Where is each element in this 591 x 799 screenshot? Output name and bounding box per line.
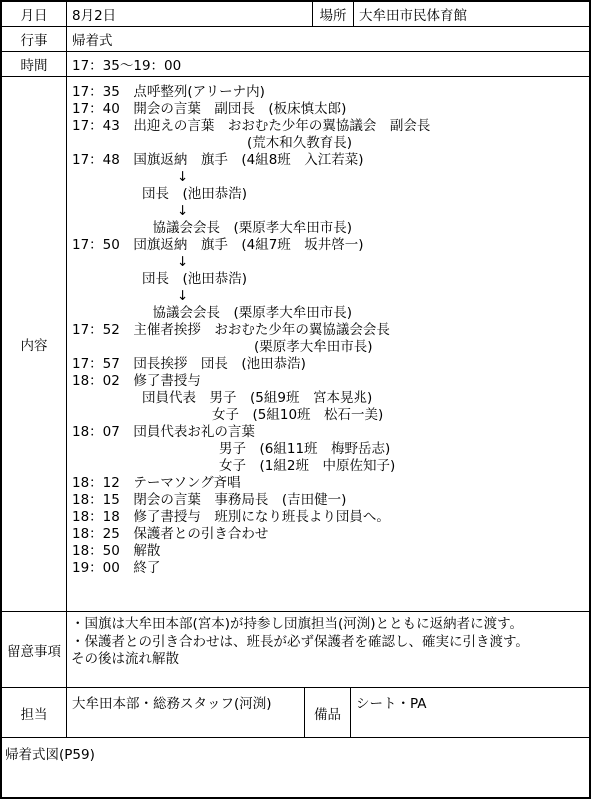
date-value: 8月2日 — [67, 2, 312, 26]
content-label: 内容 — [2, 77, 67, 611]
schedule-line: 17：43 出迎えの言葉 おおむた少年の翼協議会 副会長 — [72, 118, 587, 135]
schedule-line: (荒木和久教育長) — [72, 135, 587, 152]
row-date: 月日 8月2日 場所 大牟田市民体育館 — [2, 2, 589, 27]
schedule-line: ↓ — [72, 203, 587, 220]
equipment-label: 備品 — [304, 688, 351, 737]
schedule-line: ↓ — [72, 169, 587, 186]
row-notes: 留意事項 ・国旗は大牟田本部(宮本)が持参し団旗担当(河渕)とともに返納者に渡す… — [2, 612, 589, 688]
schedule-line: 女子 (1組2班 中原佐知子) — [72, 458, 587, 475]
row-time: 時間 17：35～19：00 — [2, 52, 589, 77]
schedule-document: 月日 8月2日 場所 大牟田市民体育館 行事 帰着式 時間 17：35～19：0… — [0, 0, 591, 799]
notes-body: ・国旗は大牟田本部(宮本)が持参し団旗担当(河渕)とともに返納者に渡す。 ・保護… — [67, 612, 589, 687]
schedule-line: 18：18 修了書授与 班別になり班長より団員へ。 — [72, 509, 587, 526]
schedule-line: 男子 (6組11班 梅野岳志) — [72, 441, 587, 458]
schedule-line: 協議会会長 (栗原孝大牟田市長) — [72, 305, 587, 322]
notes-label: 留意事項 — [2, 612, 67, 687]
schedule-line: 団長 (池田恭浩) — [72, 271, 587, 288]
equipment-value: シート・PA — [351, 688, 589, 737]
schedule-line: 17：57 団長挨拶 団長 (池田恭浩) — [72, 356, 587, 373]
place-label: 場所 — [312, 2, 354, 26]
staff-label: 担当 — [2, 688, 67, 737]
date-label: 月日 — [2, 2, 67, 26]
footer-text: 帰着式図(P59) — [2, 738, 589, 797]
schedule-line: 協議会会長 (栗原孝大牟田市長) — [72, 220, 587, 237]
event-label: 行事 — [2, 27, 67, 51]
schedule-line: 18：25 保護者との引き合わせ — [72, 526, 587, 543]
schedule-line: 団員代表 男子 (5組9班 宮本晃兆) — [72, 390, 587, 407]
schedule-line: 17：48 国旗返納 旗手 (4組8班 入江若菜) — [72, 152, 587, 169]
schedule-line: ↓ — [72, 254, 587, 271]
schedule-line: 17：40 開会の言葉 副団長 (板床慎太郎) — [72, 101, 587, 118]
row-content: 内容 17：35 点呼整列(アリーナ内)17：40 開会の言葉 副団長 (板床慎… — [2, 77, 589, 612]
row-staff: 担当 大牟田本部・総務スタッフ(河渕) 備品 シート・PA — [2, 688, 589, 738]
schedule-line: 17：35 点呼整列(アリーナ内) — [72, 84, 587, 101]
schedule-table: 月日 8月2日 場所 大牟田市民体育館 行事 帰着式 時間 17：35～19：0… — [0, 0, 591, 799]
time-value: 17：35～19：00 — [67, 52, 589, 76]
schedule-line: ↓ — [72, 288, 587, 305]
schedule-line: 18：07 団員代表お礼の言葉 — [72, 424, 587, 441]
schedule-line: 18：50 解散 — [72, 543, 587, 560]
row-event: 行事 帰着式 — [2, 27, 589, 52]
schedule-line: 18：15 閉会の言葉 事務局長 (吉田健一) — [72, 492, 587, 509]
schedule-lines: 17：35 点呼整列(アリーナ内)17：40 開会の言葉 副団長 (板床慎太郎)… — [67, 77, 589, 611]
row-footer: 帰着式図(P59) — [2, 738, 589, 797]
schedule-line: 18：02 修了書授与 — [72, 373, 587, 390]
schedule-line: 17：50 団旗返納 旗手 (4組7班 坂井啓一) — [72, 237, 587, 254]
schedule-line: 18：12 テーマソング斉唱 — [72, 475, 587, 492]
event-value: 帰着式 — [67, 27, 589, 51]
schedule-line: 17：52 主催者挨拶 おおむた少年の翼協議会会長 — [72, 322, 587, 339]
time-label: 時間 — [2, 52, 67, 76]
staff-value: 大牟田本部・総務スタッフ(河渕) — [67, 688, 304, 737]
place-value: 大牟田市民体育館 — [354, 2, 589, 26]
schedule-line: (栗原孝大牟田市長) — [72, 339, 587, 356]
schedule-line: 19：00 終了 — [72, 560, 587, 577]
schedule-line: 女子 (5組10班 松石一美) — [72, 407, 587, 424]
schedule-line: 団長 (池田恭浩) — [72, 186, 587, 203]
